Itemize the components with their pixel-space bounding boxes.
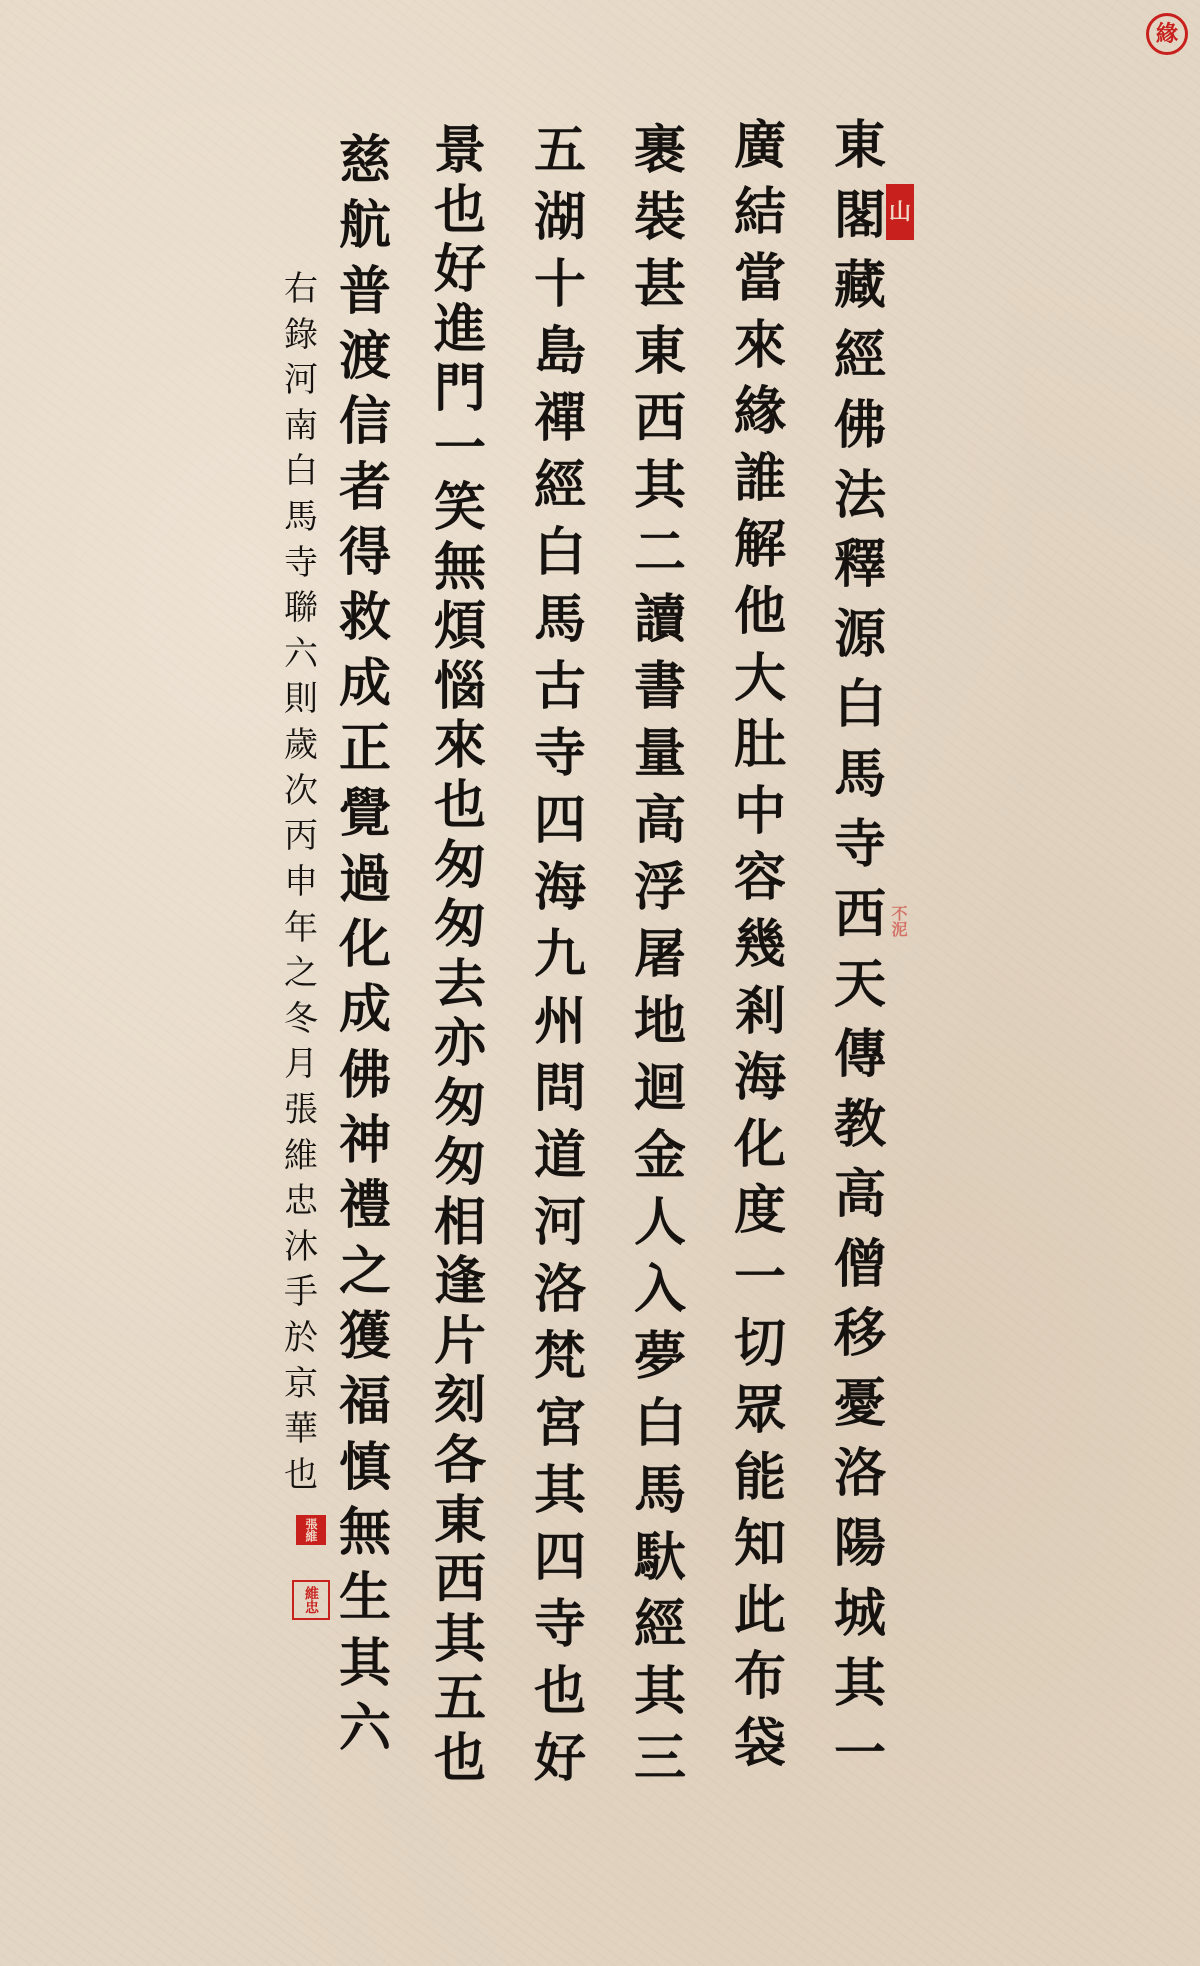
calligraphy-character: 馬 bbox=[534, 594, 586, 646]
calligraphy-character: 其 bbox=[434, 1614, 486, 1666]
calligraphy-character: 憂 bbox=[834, 1378, 886, 1430]
calligraphy-character: 一 bbox=[734, 1252, 786, 1304]
calligraphy-character: 地 bbox=[634, 996, 686, 1048]
calligraphy-character: 刻 bbox=[434, 1375, 486, 1427]
calligraphy-character: 六 bbox=[339, 1703, 391, 1755]
calligraphy-character: 幾 bbox=[734, 919, 786, 971]
calligraphy-character: 容 bbox=[734, 852, 786, 904]
calligraphy-character: 寺 bbox=[834, 819, 886, 871]
calligraphy-character: 惱 bbox=[434, 661, 486, 713]
calligraphy-character: 獲 bbox=[339, 1311, 391, 1363]
calligraphy-character: 湖 bbox=[534, 192, 586, 244]
calligraphy-character: 誰 bbox=[734, 453, 786, 505]
calligraphy-character: 其 bbox=[634, 460, 686, 512]
calligraphy-character: 天 bbox=[834, 959, 886, 1011]
calligraphy-character: 五 bbox=[534, 125, 586, 177]
inscription-character: 於 bbox=[284, 1321, 318, 1355]
calligraphy-character: 得 bbox=[339, 527, 391, 579]
artist-seal-1: 張維 bbox=[296, 1515, 326, 1545]
text-column-1: 東閣藏經佛法釋源白馬寺西天傳教高僧移憂洛陽城其一 bbox=[825, 120, 895, 1780]
inscription-character: 手 bbox=[284, 1275, 318, 1309]
calligraphy-character: 過 bbox=[339, 854, 391, 906]
calligraphy-character: 四 bbox=[534, 1532, 586, 1584]
calligraphy-character: 九 bbox=[534, 929, 586, 981]
calligraphy-character: 其 bbox=[834, 1658, 886, 1710]
inscription-character: 則 bbox=[284, 682, 318, 716]
artist-seal-2: 維忠 bbox=[292, 1580, 330, 1620]
calligraphy-character: 宮 bbox=[534, 1398, 586, 1450]
calligraphy-character: 結 bbox=[734, 187, 786, 239]
calligraphy-character: 相 bbox=[434, 1197, 486, 1249]
calligraphy-character: 正 bbox=[339, 723, 391, 775]
calligraphy-character: 經 bbox=[534, 460, 586, 512]
inscription-character: 馬 bbox=[284, 500, 318, 534]
calligraphy-character: 好 bbox=[434, 244, 486, 296]
calligraphy-character: 匆 bbox=[434, 1137, 486, 1189]
calligraphy-character: 十 bbox=[534, 259, 586, 311]
calligraphy-character: 廣 bbox=[734, 120, 786, 172]
calligraphy-character: 裝 bbox=[634, 192, 686, 244]
calligraphy-character: 浮 bbox=[634, 862, 686, 914]
calligraphy-character: 城 bbox=[834, 1588, 886, 1640]
calligraphy-character: 覺 bbox=[339, 788, 391, 840]
calligraphy-character: 神 bbox=[339, 1115, 391, 1167]
inscription-character: 華 bbox=[284, 1412, 318, 1446]
calligraphy-character: 書 bbox=[634, 661, 686, 713]
calligraphy-character: 航 bbox=[339, 200, 391, 252]
calligraphy-character: 慎 bbox=[339, 1442, 391, 1494]
calligraphy-character: 迴 bbox=[634, 1063, 686, 1115]
calligraphy-character: 進 bbox=[434, 304, 486, 356]
calligraphy-character: 傳 bbox=[834, 1029, 886, 1081]
inscription-character: 冬 bbox=[284, 1002, 318, 1036]
calligraphy-character: 禪 bbox=[534, 393, 586, 445]
calligraphy-character: 袋 bbox=[734, 1718, 786, 1770]
inscription-character: 寺 bbox=[284, 546, 318, 580]
calligraphy-character: 屠 bbox=[634, 929, 686, 981]
inscription-character: 次 bbox=[284, 774, 318, 808]
calligraphy-character: 知 bbox=[734, 1518, 786, 1570]
calligraphy-character: 其 bbox=[339, 1638, 391, 1690]
calligraphy-character: 大 bbox=[734, 653, 786, 705]
calligraphy-character: 法 bbox=[834, 470, 886, 522]
inscription-character: 六 bbox=[284, 637, 318, 671]
calligraphy-character: 救 bbox=[339, 592, 391, 644]
calligraphy-character: 島 bbox=[534, 326, 586, 378]
calligraphy-character: 渡 bbox=[339, 331, 391, 383]
calligraphy-character: 也 bbox=[434, 1733, 486, 1785]
calligraphy-character: 解 bbox=[734, 519, 786, 571]
calligraphy-character: 布 bbox=[734, 1651, 786, 1703]
calligraphy-character: 片 bbox=[434, 1316, 486, 1368]
calligraphy-character: 馬 bbox=[834, 749, 886, 801]
calligraphy-character: 讀 bbox=[634, 594, 686, 646]
calligraphy-character: 西 bbox=[834, 889, 886, 941]
calligraphy-character: 釋 bbox=[834, 539, 886, 591]
calligraphy-character: 之 bbox=[339, 1246, 391, 1298]
calligraphy-character: 問 bbox=[534, 1063, 586, 1115]
calligraphy-character: 西 bbox=[434, 1554, 486, 1606]
calligraphy-character: 也 bbox=[534, 1666, 586, 1718]
calligraphy-character: 來 bbox=[734, 320, 786, 372]
inscription-character: 河 bbox=[284, 363, 318, 397]
calligraphy-character: 成 bbox=[339, 658, 391, 710]
calligraphy-character: 中 bbox=[734, 786, 786, 838]
calligraphy-character: 高 bbox=[634, 795, 686, 847]
inscription-character: 右 bbox=[284, 272, 318, 306]
calligraphy-character: 夢 bbox=[634, 1331, 686, 1383]
calligraphy-character: 三 bbox=[634, 1733, 686, 1785]
calligraphy-character: 教 bbox=[834, 1099, 886, 1151]
inscription-character: 丙 bbox=[284, 819, 318, 853]
calligraphy-character: 量 bbox=[634, 728, 686, 780]
calligraphy-character: 海 bbox=[534, 862, 586, 914]
text-column-2: 廣結當來緣誰解他大肚中容幾剎海化度一切眾能知此布袋 bbox=[725, 120, 795, 1770]
calligraphy-character: 化 bbox=[734, 1119, 786, 1171]
calligraphy-character: 經 bbox=[634, 1599, 686, 1651]
calligraphy-character: 亦 bbox=[434, 1018, 486, 1070]
calligraphy-character: 眾 bbox=[734, 1385, 786, 1437]
inscription-character: 申 bbox=[284, 865, 318, 899]
calligraphy-character: 西 bbox=[634, 393, 686, 445]
inscription-character: 錄 bbox=[284, 318, 318, 352]
inscription-character: 歲 bbox=[284, 728, 318, 762]
calligraphy-character: 當 bbox=[734, 253, 786, 305]
calligraphy-character: 洛 bbox=[834, 1448, 886, 1500]
calligraphy-character: 僧 bbox=[834, 1239, 886, 1291]
calligraphy-character: 他 bbox=[734, 586, 786, 638]
round-seal-top-right: 緣 bbox=[1146, 13, 1188, 55]
calligraphy-character: 移 bbox=[834, 1308, 886, 1360]
calligraphy-character: 普 bbox=[339, 266, 391, 318]
calligraphy-character: 佛 bbox=[339, 1050, 391, 1102]
calligraphy-character: 源 bbox=[834, 609, 886, 661]
calligraphy-character: 四 bbox=[534, 795, 586, 847]
calligraphy-character: 東 bbox=[434, 1495, 486, 1547]
inscription-character: 之 bbox=[284, 956, 318, 990]
calligraphy-character: 人 bbox=[634, 1197, 686, 1249]
inscription-character: 張 bbox=[284, 1093, 318, 1127]
calligraphy-character: 者 bbox=[339, 462, 391, 514]
calligraphy-character: 景 bbox=[434, 125, 486, 177]
calligraphy-character: 裹 bbox=[634, 125, 686, 177]
calligraphy-character: 禮 bbox=[339, 1180, 391, 1232]
calligraphy-character: 煩 bbox=[434, 601, 486, 653]
calligraphy-character: 此 bbox=[734, 1585, 786, 1637]
calligraphy-character: 白 bbox=[834, 679, 886, 731]
calligraphy-character: 緣 bbox=[734, 386, 786, 438]
inscription-character: 維 bbox=[284, 1139, 318, 1173]
text-column-5: 景也好進門一笑無煩惱來也匆匆去亦匆匆相逢片刻各東西其五也 bbox=[425, 125, 495, 1785]
text-column-6: 慈航普渡信者得救成正覺過化成佛神禮之獲福慎無生其六 bbox=[330, 135, 400, 1755]
calligraphy-character: 州 bbox=[534, 996, 586, 1048]
calligraphy-character: 好 bbox=[534, 1733, 586, 1785]
calligraphy-character: 寺 bbox=[534, 1599, 586, 1651]
calligraphy-character: 甚 bbox=[634, 259, 686, 311]
inscription-character: 忠 bbox=[284, 1184, 318, 1218]
calligraphy-character: 笑 bbox=[434, 482, 486, 534]
calligraphy-character: 東 bbox=[834, 120, 886, 172]
calligraphy-character: 河 bbox=[534, 1197, 586, 1249]
inscription-character: 年 bbox=[284, 911, 318, 945]
calligraphy-character: 其 bbox=[634, 1666, 686, 1718]
calligraphy-character: 慈 bbox=[339, 135, 391, 187]
inscription-character: 京 bbox=[284, 1367, 318, 1401]
calligraphy-character: 馱 bbox=[634, 1532, 686, 1584]
calligraphy-character: 經 bbox=[834, 330, 886, 382]
calligraphy-character: 古 bbox=[534, 661, 586, 713]
calligraphy-character: 也 bbox=[434, 780, 486, 832]
calligraphy-character: 生 bbox=[339, 1572, 391, 1624]
inscription-character: 聯 bbox=[284, 591, 318, 625]
calligraphy-character: 閣 bbox=[834, 190, 886, 242]
calligraphy-character: 無 bbox=[339, 1507, 391, 1559]
calligraphy-character: 佛 bbox=[834, 400, 886, 452]
calligraphy-character: 匆 bbox=[434, 899, 486, 951]
calligraphy-character: 金 bbox=[634, 1130, 686, 1182]
calligraphy-character: 洛 bbox=[534, 1264, 586, 1316]
calligraphy-character: 剎 bbox=[734, 986, 786, 1038]
calligraphy-character: 馬 bbox=[634, 1465, 686, 1517]
calligraphy-character: 化 bbox=[339, 919, 391, 971]
inscription-character: 南 bbox=[284, 409, 318, 443]
calligraphy-character: 肚 bbox=[734, 719, 786, 771]
calligraphy-character: 道 bbox=[534, 1130, 586, 1182]
calligraphy-character: 匆 bbox=[434, 1078, 486, 1130]
calligraphy-character: 白 bbox=[534, 527, 586, 579]
calligraphy-character: 藏 bbox=[834, 260, 886, 312]
inscription-character: 沐 bbox=[284, 1230, 318, 1264]
calligraphy-character: 白 bbox=[634, 1398, 686, 1450]
calligraphy-character: 二 bbox=[634, 527, 686, 579]
calligraphy-character: 東 bbox=[634, 326, 686, 378]
calligraphy-character: 去 bbox=[434, 959, 486, 1011]
calligraphy-character: 也 bbox=[434, 185, 486, 237]
calligraphy-character: 梵 bbox=[534, 1331, 586, 1383]
calligraphy-character: 度 bbox=[734, 1185, 786, 1237]
calligraphy-character: 高 bbox=[834, 1169, 886, 1221]
calligraphy-character: 寺 bbox=[534, 728, 586, 780]
calligraphy-character: 海 bbox=[734, 1052, 786, 1104]
calligraphy-character: 入 bbox=[634, 1264, 686, 1316]
calligraphy-character: 陽 bbox=[834, 1518, 886, 1570]
inscription-column: 右錄河南白馬寺聯六則歲次丙申年之冬月張維忠沐手於京華也 bbox=[278, 272, 324, 1492]
inscription-character: 也 bbox=[284, 1458, 318, 1492]
inscription-character: 白 bbox=[284, 454, 318, 488]
calligraphy-character: 福 bbox=[339, 1376, 391, 1428]
calligraphy-character: 五 bbox=[434, 1673, 486, 1725]
calligraphy-character: 逢 bbox=[434, 1256, 486, 1308]
text-column-4: 五湖十島禪經白馬古寺四海九州問道河洛梵宮其四寺也好 bbox=[525, 125, 595, 1785]
calligraphy-character: 切 bbox=[734, 1318, 786, 1370]
calligraphy-character: 各 bbox=[434, 1435, 486, 1487]
calligraphy-character: 匆 bbox=[434, 840, 486, 892]
calligraphy-character: 能 bbox=[734, 1452, 786, 1504]
calligraphy-character: 一 bbox=[434, 423, 486, 475]
calligraphy-character: 無 bbox=[434, 542, 486, 594]
calligraphy-character: 其 bbox=[534, 1465, 586, 1517]
calligraphy-character: 成 bbox=[339, 984, 391, 1036]
text-column-3: 裹裝甚東西其二讀書量高浮屠地迴金人入夢白馬馱經其三 bbox=[625, 125, 695, 1785]
calligraphy-character: 門 bbox=[434, 363, 486, 415]
calligraphy-character: 一 bbox=[834, 1728, 886, 1780]
calligraphy-character: 信 bbox=[339, 396, 391, 448]
inscription-character: 月 bbox=[284, 1047, 318, 1081]
calligraphy-character: 來 bbox=[434, 720, 486, 772]
